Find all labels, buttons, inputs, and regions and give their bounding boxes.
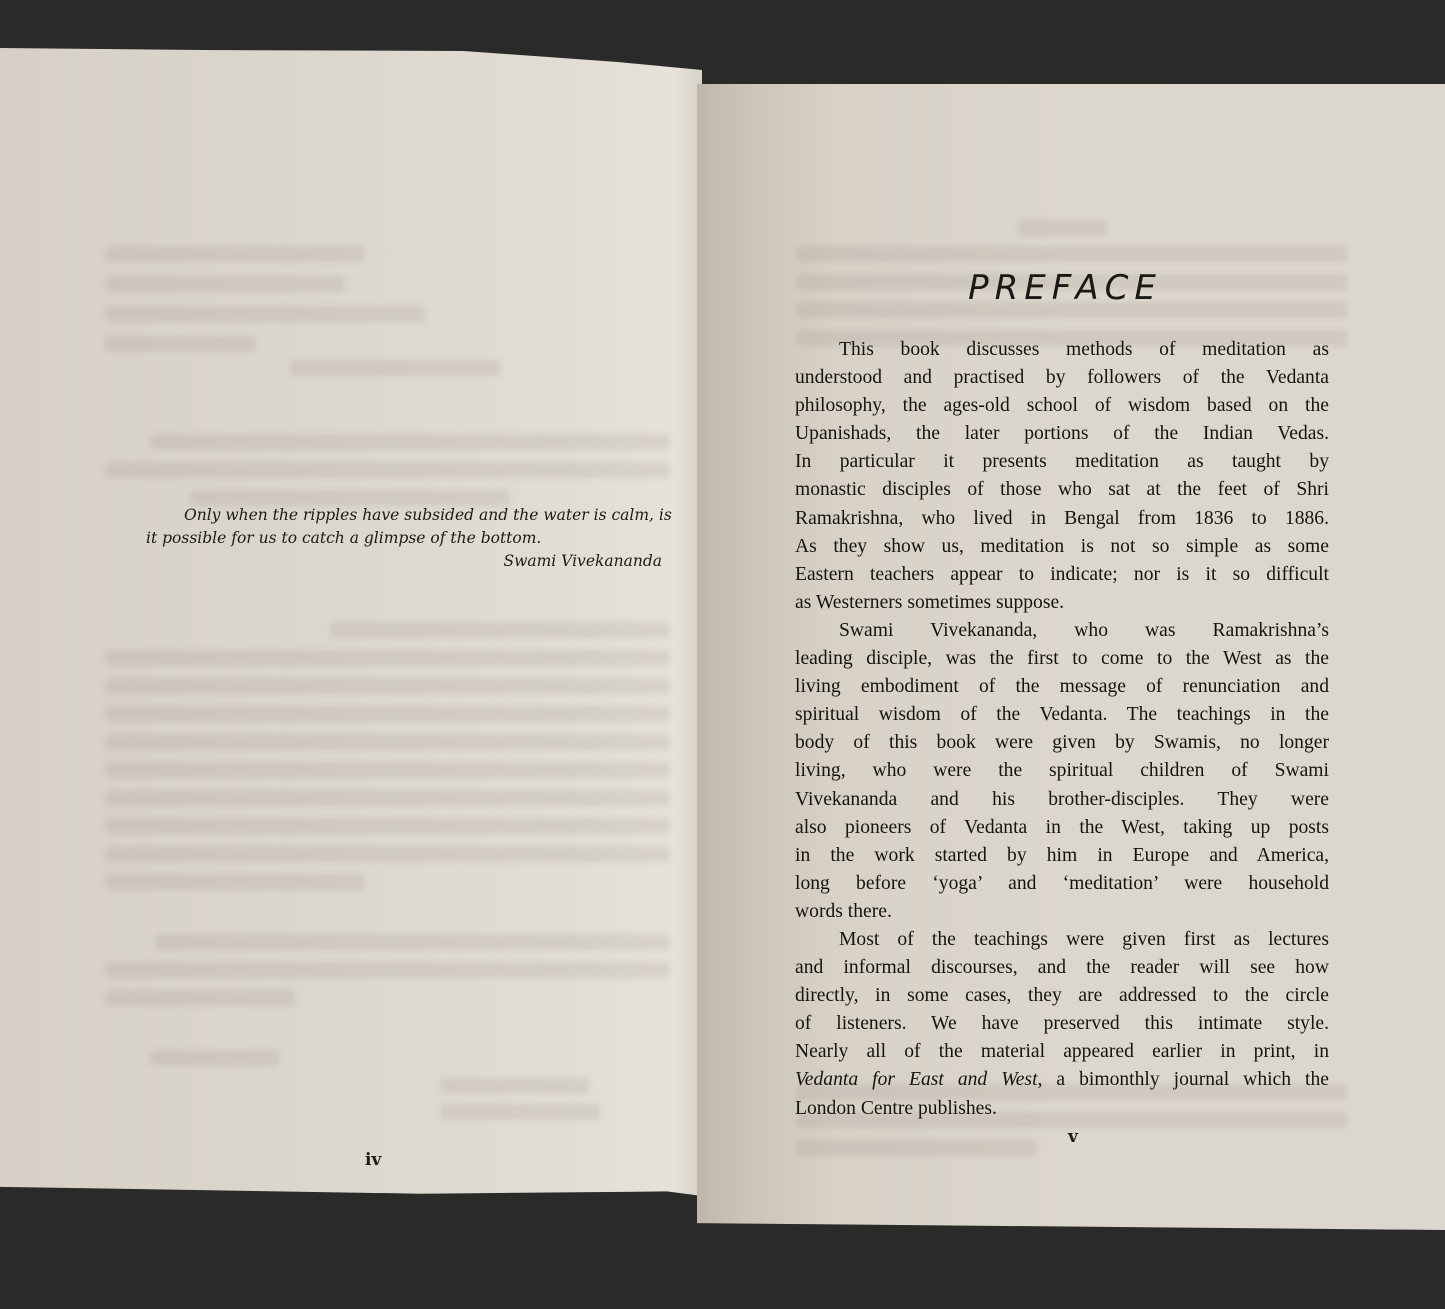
- page-number-left: iv: [365, 1150, 381, 1170]
- text-line: spiritual wisdom of the Vedanta. The tea…: [795, 701, 1329, 729]
- text-line: philosophy, the ages-old school of wisdo…: [795, 392, 1329, 420]
- text-line: understood and practised by followers of…: [795, 364, 1329, 392]
- show-through-text: [105, 846, 670, 862]
- page-title: PREFACE: [900, 268, 1230, 308]
- journal-title: Vedanta for East and West: [795, 1069, 1038, 1090]
- left-page: [0, 48, 702, 1196]
- preface-body: This book discusses methods of meditatio…: [795, 336, 1329, 1123]
- epigraph-attribution: Swami Vivekananda: [108, 550, 662, 573]
- text-line: In particular it presents meditation as …: [795, 448, 1329, 476]
- paragraph: Most of the teachings were given first a…: [795, 926, 1329, 1123]
- text-line: in the work started by him in Europe and…: [795, 842, 1329, 870]
- show-through-text: [330, 622, 670, 638]
- text-line: words there.: [795, 898, 1329, 926]
- show-through-text: [440, 1104, 600, 1120]
- text-line: As they show us, meditation is not so si…: [795, 533, 1329, 561]
- text-line: leading disciple, was the first to come …: [795, 645, 1329, 673]
- text-line: directly, in some cases, they are addres…: [795, 982, 1329, 1010]
- text-line: London Centre publishes.: [795, 1095, 1329, 1123]
- text-line: Ramakrishna, who lived in Bengal from 18…: [795, 505, 1329, 533]
- text-line: Swami Vivekananda, who was Ramakrishna’s: [795, 617, 1329, 645]
- show-through-text: [105, 650, 670, 666]
- show-through-text: [105, 874, 365, 890]
- show-through-text: [797, 246, 1347, 262]
- text-line: living, who were the spiritual children …: [795, 757, 1329, 785]
- paragraph: Swami Vivekananda, who was Ramakrishna’s…: [795, 617, 1329, 926]
- text-line: This book discusses methods of meditatio…: [795, 336, 1329, 364]
- text-line: body of this book were given by Swamis, …: [795, 729, 1329, 757]
- show-through-text: [105, 276, 345, 292]
- show-through-text: [105, 678, 670, 694]
- show-through-text: [150, 1050, 280, 1066]
- text-line: Eastern teachers appear to indicate; nor…: [795, 561, 1329, 589]
- show-through-text: [105, 336, 255, 352]
- text-line: long before ‘yoga’ and ‘meditation’ were…: [795, 870, 1329, 898]
- text-line: living embodiment of the message of renu…: [795, 673, 1329, 701]
- show-through-text: [105, 706, 670, 722]
- text-line: Vedanta for East and West, a bimonthly j…: [795, 1066, 1329, 1094]
- text-line: Vivekananda and his brother-disciples. T…: [795, 786, 1329, 814]
- show-through-text: [290, 360, 500, 376]
- show-through-text: [797, 1140, 1037, 1156]
- show-through-text: [105, 790, 670, 806]
- text-line: Most of the teachings were given first a…: [795, 926, 1329, 954]
- show-through-text: [105, 990, 295, 1006]
- show-through-text: [150, 434, 670, 450]
- show-through-text: [105, 462, 670, 478]
- show-through-text: [440, 1078, 590, 1094]
- text-line: as Westerners sometimes suppose.: [795, 589, 1329, 617]
- show-through-text: [105, 818, 670, 834]
- show-through-text: [1017, 220, 1107, 236]
- page-number-right: v: [1068, 1127, 1078, 1147]
- paragraph: This book discusses methods of meditatio…: [795, 336, 1329, 617]
- text-line: also pioneers of Vedanta in the West, ta…: [795, 814, 1329, 842]
- show-through-text: [105, 762, 670, 778]
- show-through-text: [105, 734, 670, 750]
- show-through-text: [105, 246, 365, 262]
- text-line: monastic disciples of those who sat at t…: [795, 476, 1329, 504]
- text-fragment: , a bimonthly journal which the: [1038, 1069, 1329, 1090]
- text-line: and informal discourses, and the reader …: [795, 954, 1329, 982]
- show-through-text: [105, 962, 670, 978]
- show-through-text: [155, 934, 670, 950]
- epigraph-line: it possible for us to catch a glimpse of…: [108, 527, 662, 550]
- text-line: Nearly all of the material appeared earl…: [795, 1038, 1329, 1066]
- text-line: Upanishads, the later portions of the In…: [795, 420, 1329, 448]
- show-through-text: [105, 306, 425, 322]
- epigraph-line: Only when the ripples have subsided and …: [108, 504, 662, 527]
- text-line: of listeners. We have preserved this int…: [795, 1010, 1329, 1038]
- epigraph: Only when the ripples have subsided and …: [108, 504, 662, 573]
